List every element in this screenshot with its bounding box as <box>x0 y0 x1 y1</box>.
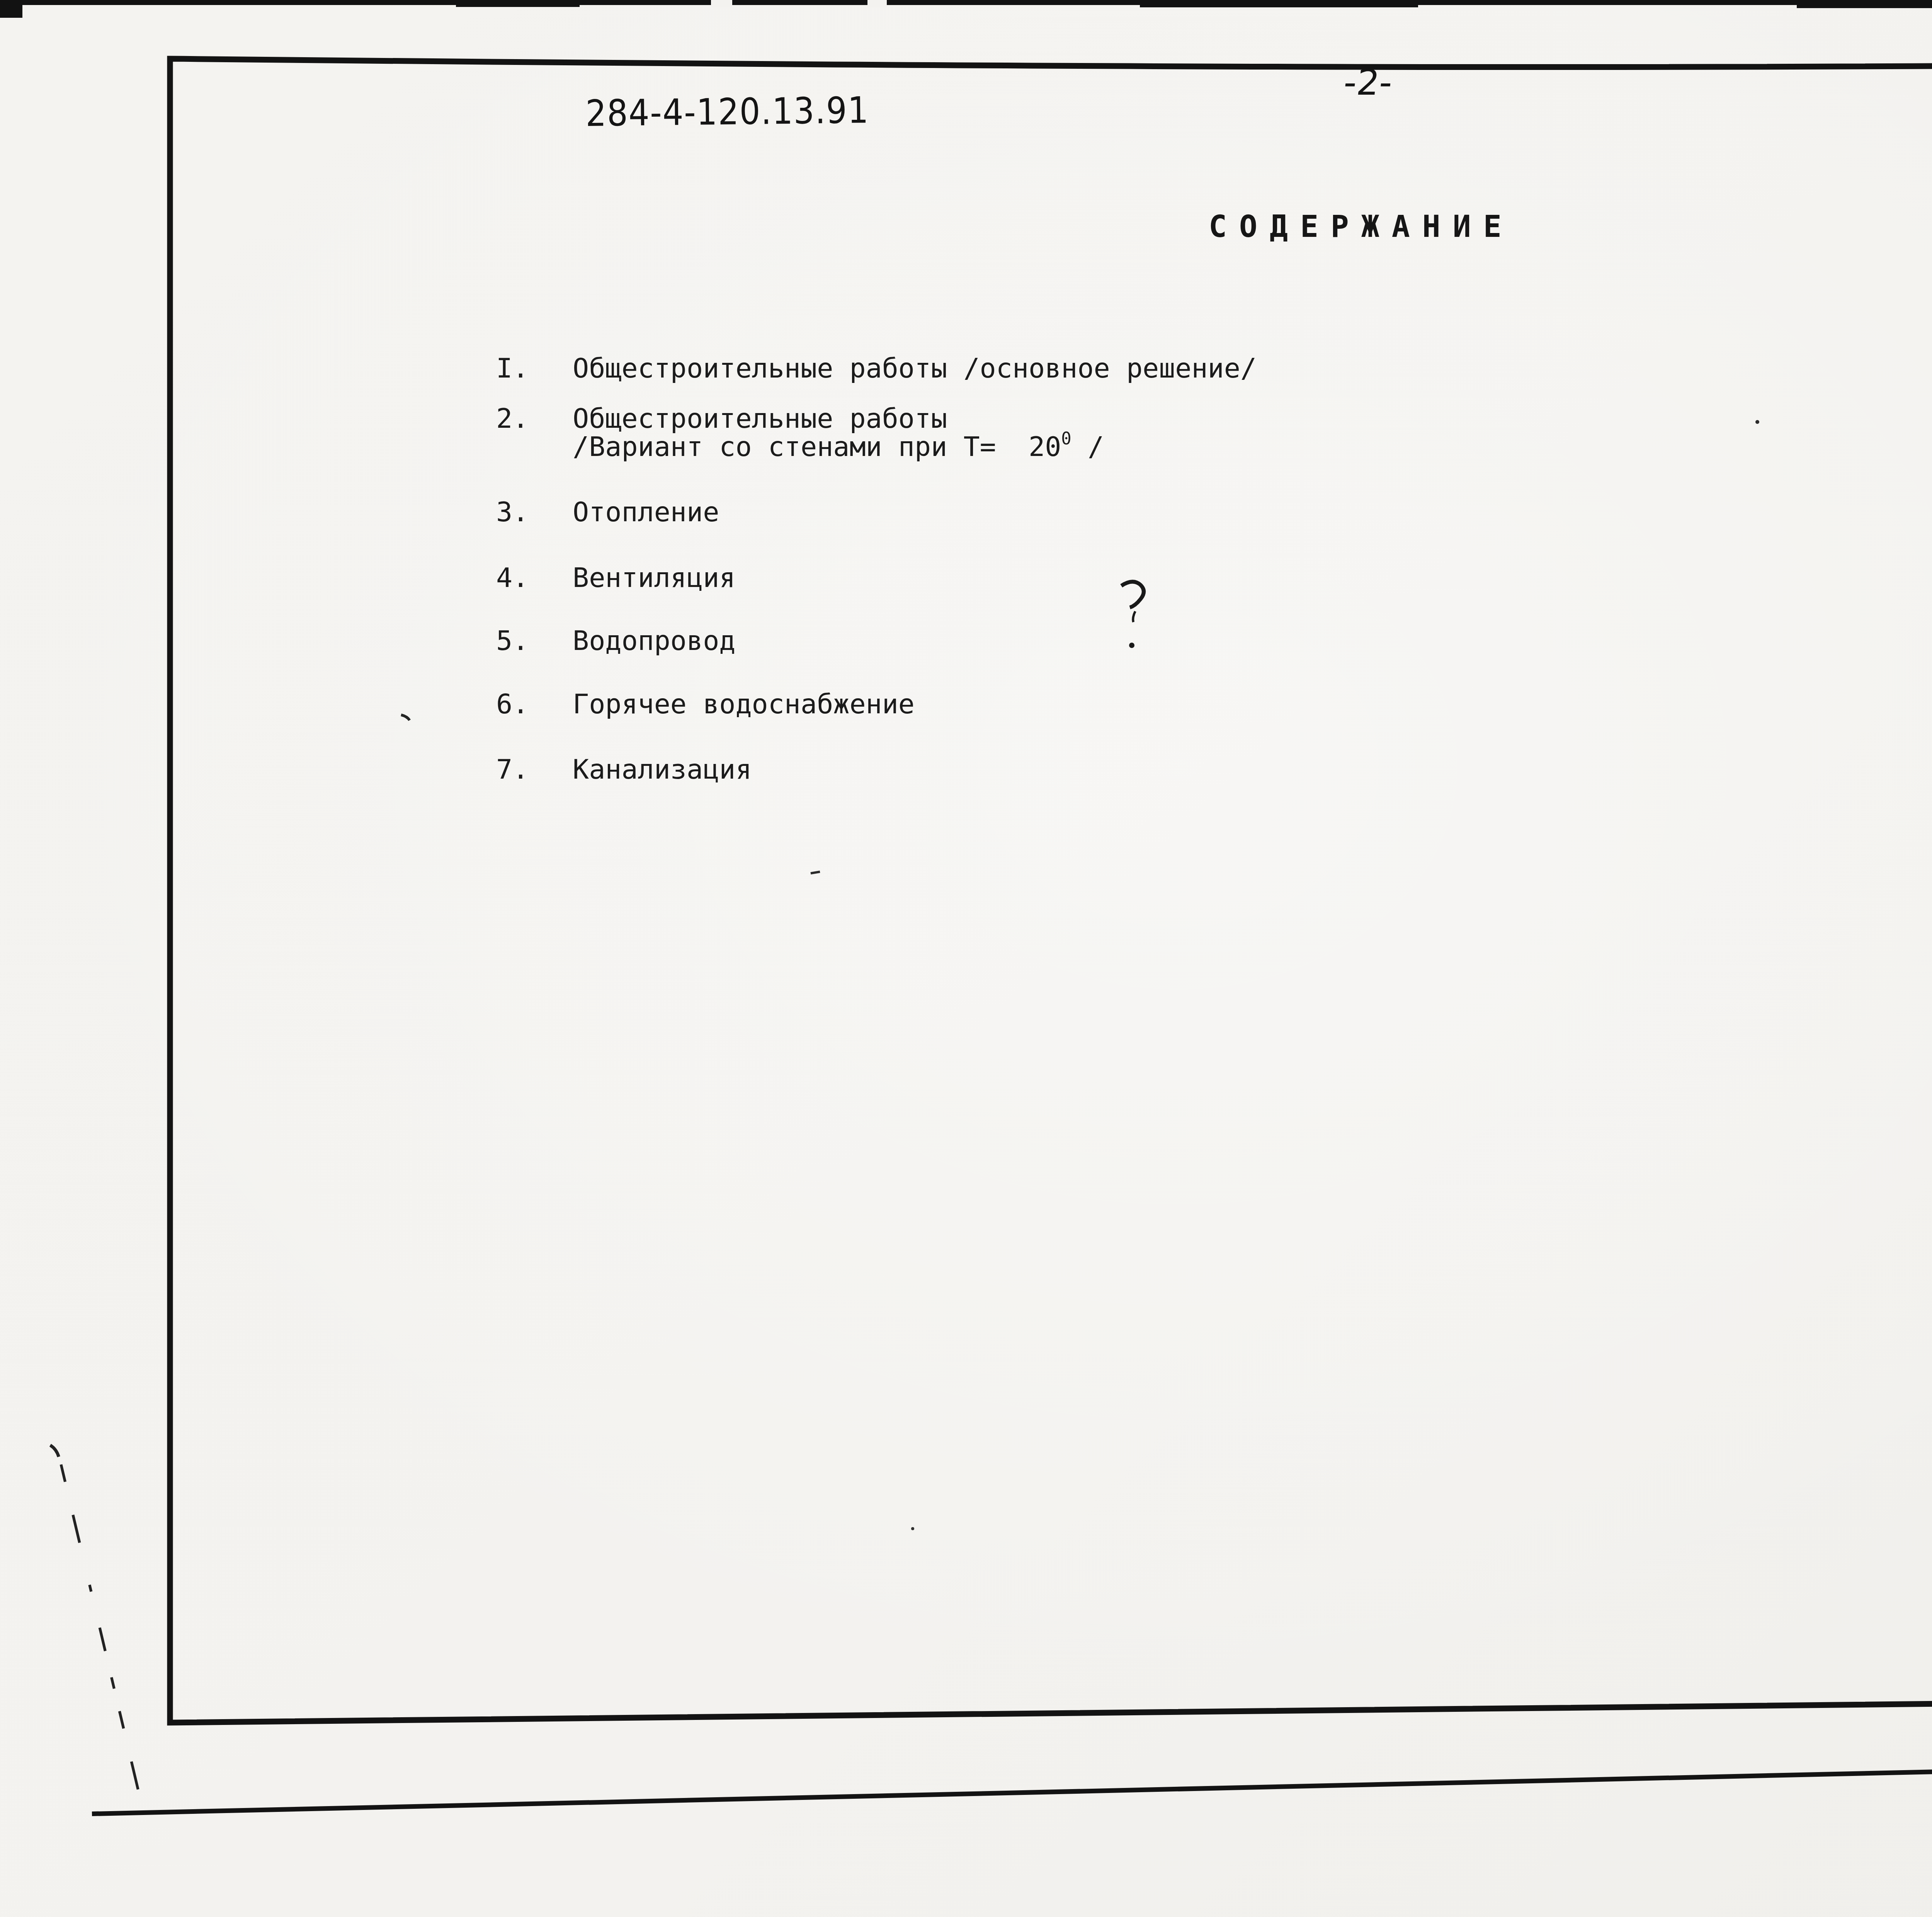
toc-item-number: 3. <box>496 498 529 526</box>
toc-item-number: 6. <box>496 691 529 718</box>
toc-line2-suffix: / <box>1071 431 1104 463</box>
toc-item-number: 7. <box>496 756 529 783</box>
fold-crease <box>50 1445 142 1805</box>
degree-superscript: 0 <box>1061 429 1071 449</box>
page-title: СОДЕРЖАНИЕ <box>1209 212 1514 242</box>
paper-bottom-edge <box>92 1758 1932 1814</box>
toc-item-title: Вентиляция <box>573 564 735 591</box>
toc-item-title: Отопление <box>573 498 719 526</box>
toc-item-title: Общестроительные работы <box>573 405 947 432</box>
toc-item-title: Общестроительные работы /основное решени… <box>573 355 1257 382</box>
toc-item-title: Горячее водоснабжение <box>573 691 915 718</box>
handwritten-page-marker: -2- <box>1342 65 1394 100</box>
toc-item-title: Канализация <box>573 756 752 783</box>
scanned-document-page: 284-4-120.13.91 -2- 10464/4 СОДЕРЖАНИЕ С… <box>0 0 1932 1917</box>
handwritten-doc-number: 284-4-120.13.91 <box>585 92 869 132</box>
toc-item-title: Водопровод <box>573 627 735 654</box>
scan-artifacts-layer <box>0 0 1932 1917</box>
scan-top-edge <box>0 0 1932 18</box>
toc-item-number: I. <box>496 355 529 382</box>
toc-line2-prefix: /Вариант со стенами при Т= 20 <box>573 431 1061 463</box>
toc-item-number: 5. <box>496 627 529 654</box>
toc-item-number: 4. <box>496 564 529 591</box>
page-frame <box>170 59 1932 1723</box>
toc-item-number: 2. <box>496 405 529 432</box>
ink-smudge <box>1121 582 1144 648</box>
toc-item-title-line2: /Вариант со стенами при Т= 200 / <box>573 433 1104 460</box>
